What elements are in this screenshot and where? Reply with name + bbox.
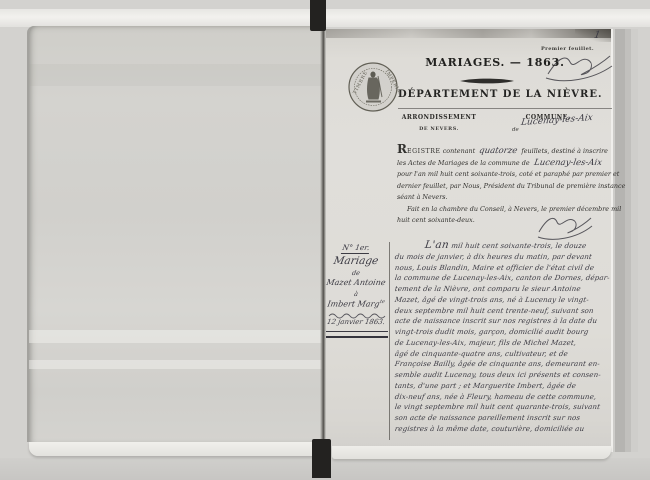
header-rule xyxy=(398,108,612,109)
act-number: N° 1er. xyxy=(323,243,389,252)
left-blank-page xyxy=(27,26,325,442)
act-line: son acte de naissance pareillement inscr… xyxy=(394,413,614,424)
handwritten-insert: quatorze xyxy=(478,146,518,158)
swelled-rule-divider xyxy=(459,77,515,85)
register-title: MARIAGES. — 1863. xyxy=(415,56,575,69)
binding-tab-bottom xyxy=(312,439,331,478)
president-signature-flourish xyxy=(536,210,594,244)
arrondissement-value: DE NEVERS. xyxy=(399,126,479,132)
act-line: le vingt septembre mil huit cent quarant… xyxy=(394,402,614,413)
arrondissement-label: ARRONDISSEMENT xyxy=(399,114,479,121)
act-line: L'an mil huit cent soixante-trois, le do… xyxy=(394,240,614,252)
marriage-act-text: L'an mil huit cent soixante-trois, le do… xyxy=(394,240,612,435)
handwritten-insert: Lucenay-les-Aix xyxy=(533,158,603,170)
act-line: Françoise Bailly, âgée de cinquante ans,… xyxy=(394,359,614,370)
act-line: registres à la même date, couturière, do… xyxy=(394,424,614,435)
binding-gutter xyxy=(320,26,326,446)
registre-line: séant à Nevers. xyxy=(397,192,613,204)
right-page-bottom-edge xyxy=(332,446,611,459)
act-line: deux septembre mil huit cent trente-neuf… xyxy=(394,306,614,317)
commune-prefix: de xyxy=(512,127,519,133)
act-margin-title: Mariage xyxy=(321,255,391,267)
page-shadow-band xyxy=(29,64,325,86)
act-line: vingt-trois dudit mois, garçon, domicili… xyxy=(394,327,614,338)
act-margin-spouse1: Mazet Antoine xyxy=(320,278,392,287)
act-line: semble audit Lucenay, tous deux ici prés… xyxy=(394,370,614,381)
act-margin-date: 12 janvier 1863. xyxy=(320,318,391,326)
act-margin-a: à xyxy=(323,290,388,298)
register-scan: TIMBRE IMPÉRIAL 1 Premier feuillet. MARI… xyxy=(0,0,650,480)
act-line: de Lucenay-les-Aix, majeur, fils de Mich… xyxy=(394,338,614,349)
registre-line: pour l'an mil huit cent soixante-trois, … xyxy=(397,169,613,181)
book-fore-edge xyxy=(611,29,638,452)
page-sheen xyxy=(29,360,325,369)
registre-line: dernier feuillet, par Nous, Président du… xyxy=(397,181,613,193)
act-line: dix-neuf ans, née à Fleury, hameau de ce… xyxy=(394,392,614,403)
arrondissement-block: ARRONDISSEMENT DE NEVERS. xyxy=(399,114,479,132)
page-sheen xyxy=(29,330,325,343)
drop-cap: R xyxy=(397,142,407,156)
act-line: tement de la Nièvre, ont comparu le sieu… xyxy=(394,284,614,295)
act-margin-spouse2: Imbert Margte xyxy=(320,299,392,309)
left-page-bottom-edge xyxy=(29,442,323,456)
margin-separator-rule xyxy=(389,242,390,440)
department-heading: DÉPARTEMENT DE LA NIÈVRE. xyxy=(398,89,584,100)
act-line: du mois de janvier, à dix heures du mati… xyxy=(394,252,614,263)
margin-double-rule xyxy=(326,331,388,338)
registre-line: les Actes de Mariages de la commune de L… xyxy=(397,158,613,170)
act-margin-de: de xyxy=(323,269,388,277)
act-line: nous, Louis Blandin, Maire et officier d… xyxy=(394,263,614,274)
act-line: âgé de cinquante-quatre ans, cultivateur… xyxy=(394,349,614,360)
act-line: acte de naissance inscrit sur nos regist… xyxy=(394,316,614,327)
timbre-imperial-stamp-icon: TIMBRE IMPÉRIAL xyxy=(347,61,399,113)
act-line: tants, d'une part ; et Marguerite Imbert… xyxy=(394,381,614,392)
binding-tab-top xyxy=(310,0,326,31)
act-line: la commune de Lucenay-les-Aix, canton de… xyxy=(394,273,614,284)
registre-line: REGISTRE contenant quatorze feuillets, d… xyxy=(397,146,613,158)
act-line: Mazet, âgé de vingt-trois ans, né à Luce… xyxy=(394,295,614,306)
act-opening-word: L'an xyxy=(424,239,450,251)
